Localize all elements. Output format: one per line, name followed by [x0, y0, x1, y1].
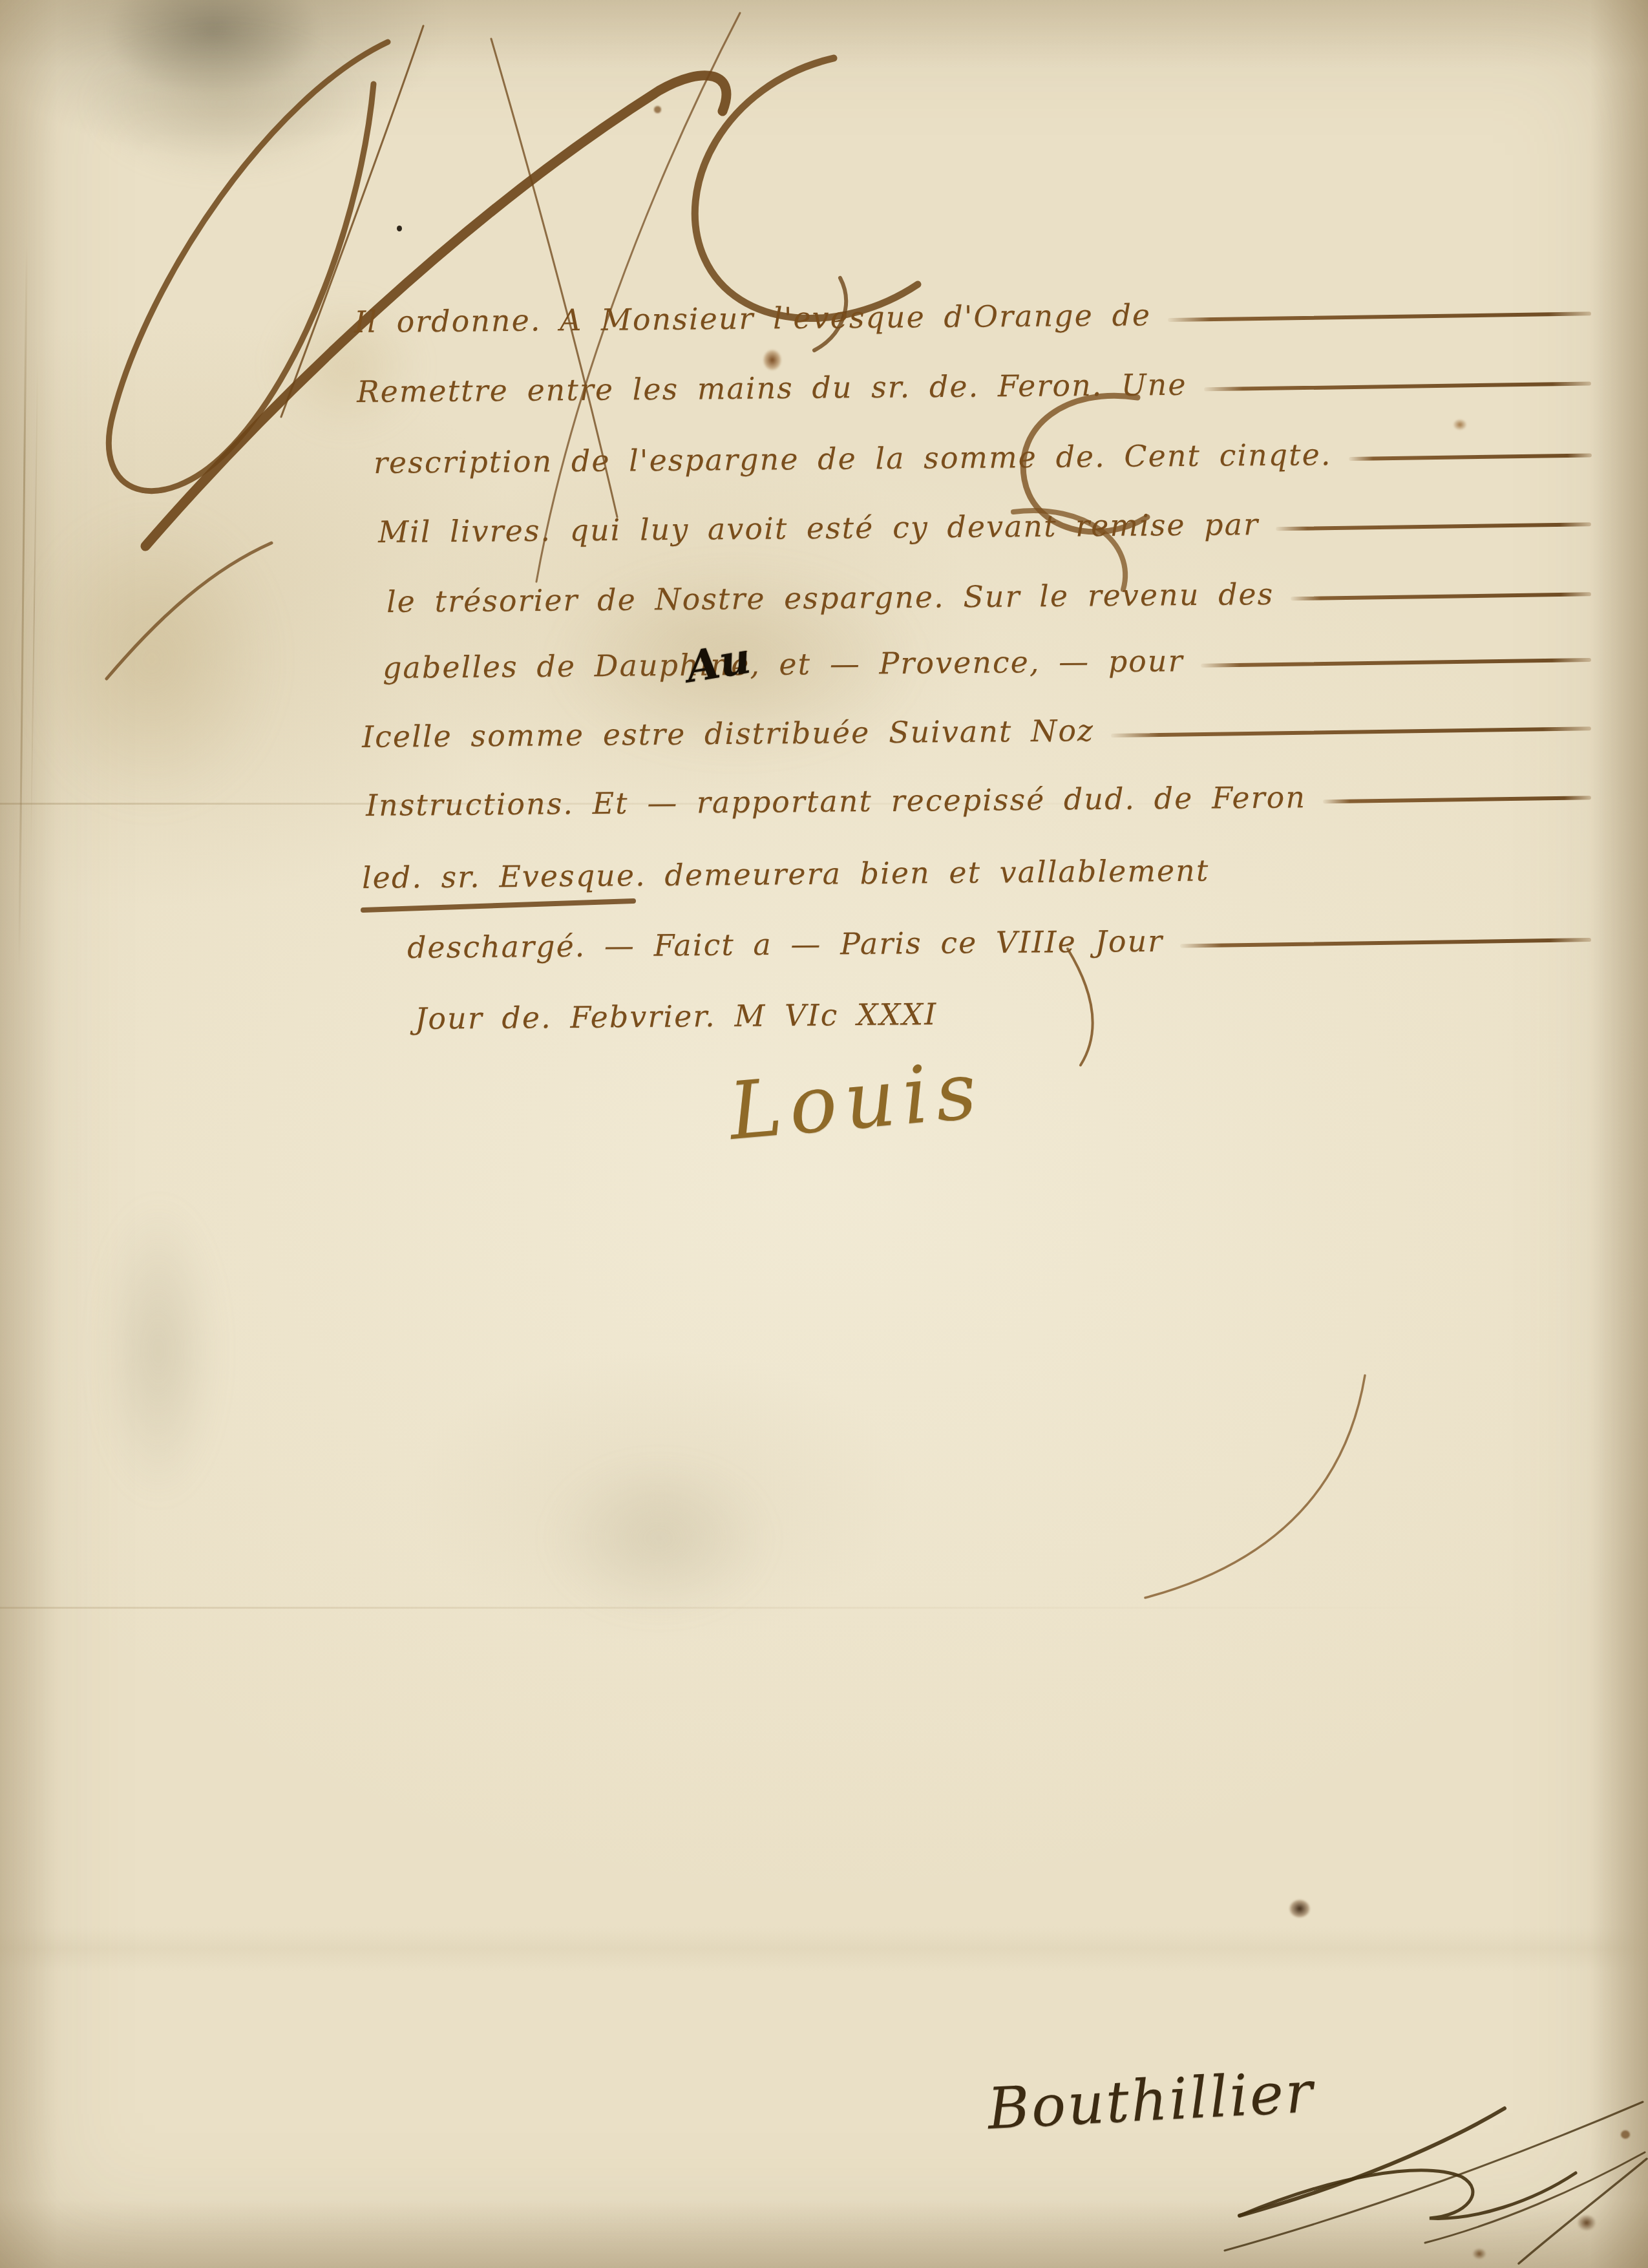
royal-signature: Louis [726, 1050, 987, 1151]
line-text: Il ordonne. A Monsieur l'evesque d'Orang… [354, 297, 1152, 341]
filler-dash-stroke [1201, 658, 1591, 668]
filler-dash-stroke [1323, 796, 1591, 803]
manuscript-text: Il ordonne. A Monsieur l'evesque d'Orang… [0, 0, 1648, 2268]
filler-dash-stroke [1180, 938, 1591, 948]
secretary-countersignature: Bouthillier [986, 2064, 1316, 2137]
manuscript-line: gabelles de Dauphiné, et — Provence, — p… [383, 639, 1591, 687]
line-text: gabelles de Dauphiné, et — Provence, — p… [383, 642, 1184, 686]
manuscript-line: Remettre entre les mains du sr. de. Fero… [357, 363, 1591, 410]
ink-correction: Au [683, 637, 753, 689]
manuscript-line: Mil livres. qui luy avoit esté cy devant… [378, 503, 1591, 551]
line-text: deschargé. — Faict a — Paris ce VIIIe Jo… [407, 923, 1164, 967]
filler-dash-stroke [1276, 522, 1591, 531]
filler-dash-stroke [1348, 453, 1591, 461]
manuscript-line: Icelle somme estre distribuée Suivant No… [362, 708, 1591, 756]
line-text: Jour de. Febvrier. M VIc XXXI [415, 996, 938, 1038]
manuscript-page: Il ordonne. A Monsieur l'evesque d'Orang… [0, 0, 1648, 2268]
line-text: Instructions. Et — rapportant recepissé … [366, 779, 1306, 824]
filler-dash-stroke [1111, 726, 1591, 737]
manuscript-line: Instructions. Et — rapportant recepissé … [366, 776, 1591, 824]
manuscript-line: le trésorier de Nostre espargne. Sur le … [386, 573, 1591, 621]
line-text: Mil livres. qui luy avoit esté cy devant… [378, 506, 1260, 551]
filler-dash-stroke [1291, 592, 1591, 600]
manuscript-line: led. sr. Evesque. demeurera bien et vall… [362, 849, 1591, 896]
line-text: rescription de l'espargne de la somme de… [374, 436, 1332, 482]
manuscript-line: Il ordonne. A Monsieur l'evesque d'Orang… [354, 293, 1591, 341]
line-text: Icelle somme estre distribuée Suivant No… [362, 712, 1095, 756]
line-text: led. sr. Evesque. demeurera bien et vall… [362, 853, 1210, 897]
line-text: le trésorier de Nostre espargne. Sur le … [386, 576, 1274, 620]
manuscript-line: rescription de l'espargne de la somme de… [374, 434, 1591, 482]
filler-dash-stroke [1204, 381, 1591, 391]
filler-dash-stroke [1168, 312, 1591, 322]
line-text: Remettre entre les mains du sr. de. Fero… [357, 366, 1187, 411]
manuscript-line: Jour de. Febvrier. M VIc XXXI [415, 990, 1591, 1037]
manuscript-line: deschargé. — Faict a — Paris ce VIIIe Jo… [407, 919, 1591, 966]
